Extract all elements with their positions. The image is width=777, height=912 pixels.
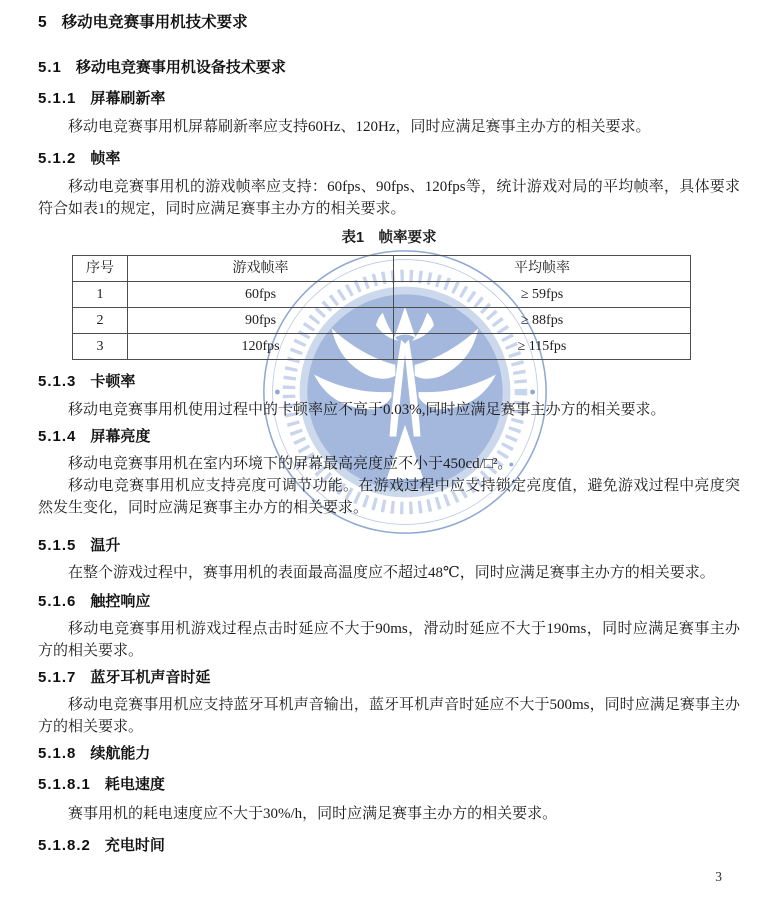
heading-section-5-1: 5.1移动电竞赛事用机设备技术要求: [38, 59, 740, 77]
section-number: 5.1.8: [38, 745, 76, 763]
section-number: 5.1.7: [38, 669, 76, 687]
section-title: 屏幕亮度: [90, 428, 150, 445]
table-cell: 120fps: [128, 334, 394, 360]
heading-section-5-1-8-1: 5.1.8.1耗电速度: [38, 776, 740, 794]
heading-section-5-1-3: 5.1.3卡顿率: [38, 373, 740, 391]
heading-section-5-1-1: 5.1.1屏幕刷新率: [38, 90, 740, 108]
heading-section-5-1-8: 5.1.8续航能力: [38, 745, 740, 763]
section-number: 5.1.8.2: [38, 837, 91, 855]
section-title: 移动电竞赛事用机技术要求: [62, 14, 248, 31]
paragraph-brightness-2: 移动电竞赛事用机应支持亮度可调节功能。在游戏过程中应支持锁定亮度值，避免游戏过程…: [38, 475, 740, 519]
section-title: 卡顿率: [90, 373, 135, 390]
table-cell: ≥ 115fps: [394, 334, 691, 360]
paragraph-temperature: 在整个游戏过程中，赛事用机的表面最高温度应不超过48℃，同时应满足赛事主办方的相…: [38, 562, 740, 584]
section-number: 5.1.5: [38, 537, 76, 555]
section-number: 5.1.1: [38, 90, 76, 108]
section-number: 5: [38, 14, 48, 32]
table-row: 1 60fps ≥ 59fps: [73, 282, 691, 308]
heading-section-5: 5移动电竞赛事用机技术要求: [38, 14, 740, 32]
table-row: 2 90fps ≥ 88fps: [73, 308, 691, 334]
section-number: 5.1.8.1: [38, 776, 91, 794]
paragraph-touch-response: 移动电竞赛事用机游戏过程点击时延应不大于90ms，滑动时延应不大于190ms，同…: [38, 618, 740, 662]
heading-section-5-1-4: 5.1.4屏幕亮度: [38, 428, 740, 446]
paragraph-refresh-rate: 移动电竞赛事用机屏幕刷新率应支持60Hz、120Hz，同时应满足赛事主办方的相关…: [38, 116, 740, 138]
section-title: 蓝牙耳机声音时延: [90, 669, 210, 686]
table-cell: 3: [73, 334, 128, 360]
paragraph-power-consumption: 赛事用机的耗电速度应不大于30%/h，同时应满足赛事主办方的相关要求。: [38, 803, 740, 825]
section-number: 5.1.2: [38, 150, 76, 168]
paragraph-stutter-rate: 移动电竞赛事用机使用过程中的卡顿率应不高于0.03%,同时应满足赛事主办方的相关…: [38, 399, 740, 421]
section-title: 触控响应: [90, 593, 150, 610]
section-title: 温升: [90, 537, 120, 554]
section-number: 5.1.3: [38, 373, 76, 391]
table-header-cell: 平均帧率: [394, 256, 691, 282]
document-page: 5移动电竞赛事用机技术要求 5.1移动电竞赛事用机设备技术要求 5.1.1屏幕刷…: [0, 0, 777, 855]
table-row: 3 120fps ≥ 115fps: [73, 334, 691, 360]
heading-section-5-1-2: 5.1.2帧率: [38, 150, 740, 168]
table-caption: 表1 帧率要求: [38, 229, 740, 247]
table-header-row: 序号 游戏帧率 平均帧率: [73, 256, 691, 282]
section-title: 充电时间: [105, 837, 165, 854]
paragraph-brightness-1: 移动电竞赛事用机在室内环境下的屏幕最高亮度应不小于450cd/□²。: [38, 453, 740, 475]
section-number: 5.1.6: [38, 593, 76, 611]
heading-section-5-1-8-2: 5.1.8.2充电时间: [38, 837, 740, 855]
heading-section-5-1-7: 5.1.7蓝牙耳机声音时延: [38, 669, 740, 687]
paragraph-frame-rate: 移动电竞赛事用机的游戏帧率应支持：60fps、90fps、120fps等，统计游…: [38, 176, 740, 220]
table-cell: ≥ 88fps: [394, 308, 691, 334]
section-title: 移动电竞赛事用机设备技术要求: [76, 59, 286, 76]
section-title: 帧率: [90, 150, 120, 167]
table-header-cell: 序号: [73, 256, 128, 282]
page-number: 3: [715, 869, 722, 885]
frame-rate-table: 序号 游戏帧率 平均帧率 1 60fps ≥ 59fps 2 90fps ≥ 8…: [72, 255, 691, 360]
section-title: 耗电速度: [105, 776, 165, 793]
table-cell: 60fps: [128, 282, 394, 308]
table-cell: 1: [73, 282, 128, 308]
paragraph-bluetooth-latency: 移动电竞赛事用机应支持蓝牙耳机声音输出，蓝牙耳机声音时延应不大于500ms，同时…: [38, 694, 740, 738]
section-title: 续航能力: [90, 745, 150, 762]
section-number: 5.1.4: [38, 428, 76, 446]
heading-section-5-1-6: 5.1.6触控响应: [38, 593, 740, 611]
table-cell: 2: [73, 308, 128, 334]
heading-section-5-1-5: 5.1.5温升: [38, 537, 740, 555]
section-number: 5.1: [38, 59, 62, 77]
table-cell: 90fps: [128, 308, 394, 334]
section-title: 屏幕刷新率: [90, 90, 165, 107]
table-cell: ≥ 59fps: [394, 282, 691, 308]
table-header-cell: 游戏帧率: [128, 256, 394, 282]
